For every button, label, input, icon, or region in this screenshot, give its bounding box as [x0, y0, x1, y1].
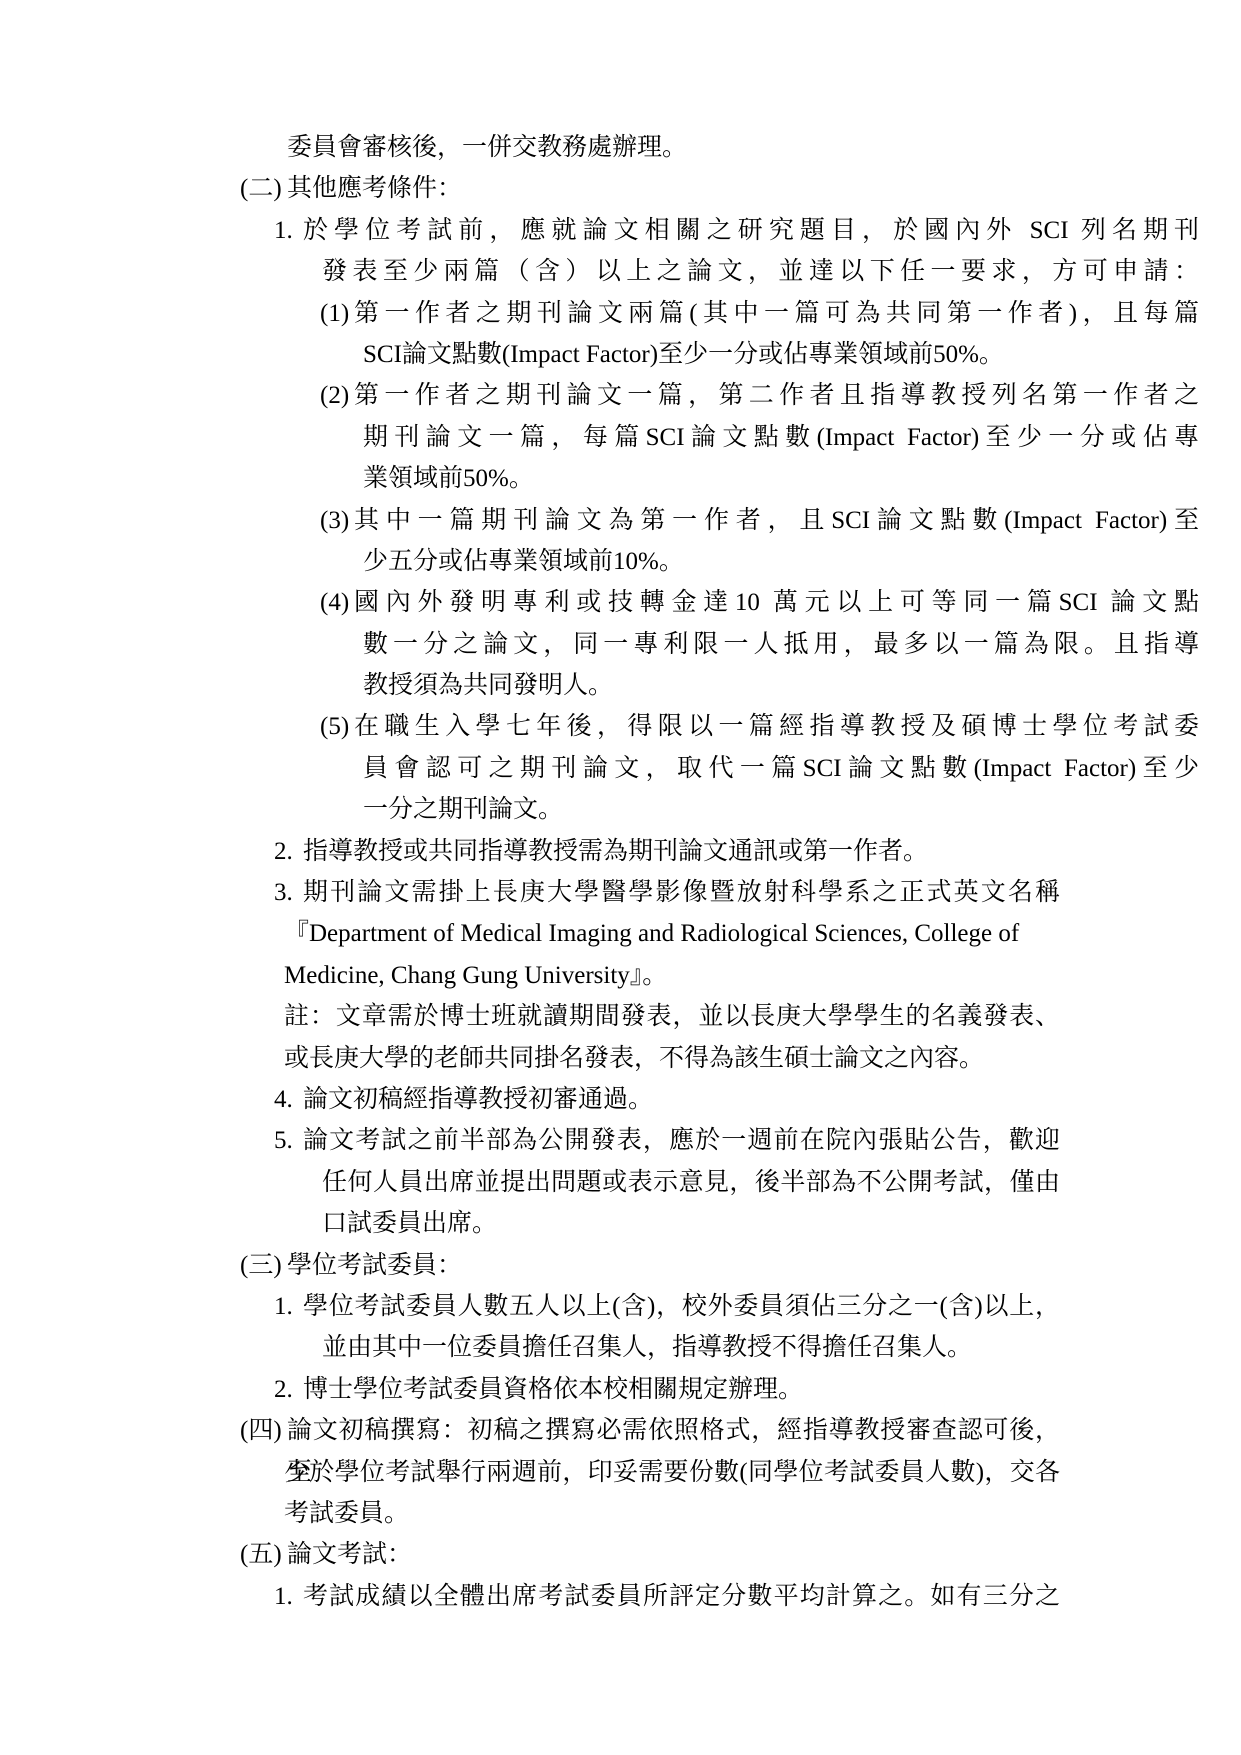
list-marker: (四)	[240, 1410, 282, 1451]
document-page: 委員會審核後，一併交教務處辦理。(二)其他應考條件：1.於學位考試前，應就論文相…	[0, 0, 1241, 1755]
line-text: 註：文章需於博士班就讀期間發表，並以長庚大學學生的名義發表、	[284, 996, 1060, 1037]
doc-line: (1)第一作者之期刊論文兩篇(其中一篇可為共同第一作者)，且每篇	[0, 293, 1241, 334]
line-text: 學位考試委員人數五人以上(含)，校外委員須佔三分之一(含)以上，	[303, 1286, 1060, 1327]
doc-line: 發表至少兩篇（含）以上之論文，並達以下任一要求，方可申請：	[0, 251, 1241, 292]
doc-line: (三)學位考試委員：	[0, 1245, 1241, 1286]
list-marker: (1)	[320, 293, 349, 334]
doc-line: (2)第一作者之期刊論文一篇，第二作者且指導教授列名第一作者之	[0, 375, 1241, 416]
list-marker: 4.	[274, 1079, 293, 1120]
doc-line: 少五分或佔專業領域前10%。	[0, 541, 1241, 582]
doc-line: 員會認可之期刊論文，取代一篇SCI論文點數(Impact Factor)至少	[0, 748, 1241, 789]
doc-line: (五)論文考試：	[0, 1534, 1241, 1575]
doc-line: SCI論文點數(Impact Factor)至少一分或佔專業領域前50%。	[0, 334, 1241, 375]
line-text: 口試委員出席。	[322, 1203, 1060, 1244]
doc-line: 2.博士學位考試委員資格依本校相關規定辦理。	[0, 1369, 1241, 1410]
list-marker: (5)	[320, 706, 349, 747]
line-text: 論文初稿經指導教授初審通過。	[303, 1079, 1060, 1120]
doc-line: 2.指導教授或共同指導教授需為期刊論文通訊或第一作者。	[0, 831, 1241, 872]
line-text: 期刊論文需掛上長庚大學醫學影像暨放射科學系之正式英文名稱	[303, 872, 1060, 913]
line-text: 考試委員。	[284, 1493, 1060, 1534]
line-text: 在職生入學七年後，得限以一篇經指導教授及碩博士學位考試委	[354, 706, 1199, 747]
list-marker: 3.	[274, 872, 293, 913]
line-text: 一分之期刊論文。	[363, 789, 1199, 830]
list-marker: (2)	[320, 375, 349, 416]
doc-line: 註：文章需於博士班就讀期間發表，並以長庚大學學生的名義發表、	[0, 996, 1241, 1037]
doc-line: 或長庚大學的老師共同掛名發表，不得為該生碩士論文之內容。	[0, 1038, 1241, 1079]
line-text: 業領域前50%。	[363, 458, 1199, 499]
doc-line: 任何人員出席並提出問題或表示意見，後半部為不公開考試，僅由	[0, 1162, 1241, 1203]
line-text: 於學位考試前，應就論文相關之研究題目，於國內外 SCI 列名期刊	[303, 210, 1199, 251]
list-marker: (三)	[240, 1245, 282, 1286]
line-text: 教授須為共同發明人。	[363, 665, 1199, 706]
line-text: 其他應考條件：	[287, 168, 1060, 209]
doc-line: 委員會審核後，一併交教務處辦理。	[0, 127, 1241, 168]
line-text: 『Department of Medical Imaging and Radio…	[284, 913, 1060, 954]
doc-line: Medicine, Chang Gung University』。	[0, 955, 1241, 996]
line-text: Medicine, Chang Gung University』。	[284, 955, 1060, 996]
line-text: 第一作者之期刊論文一篇，第二作者且指導教授列名第一作者之	[354, 375, 1199, 416]
doc-line: (3)其中一篇期刊論文為第一作者，且SCI論文點數(Impact Factor)…	[0, 500, 1241, 541]
list-marker: 2.	[274, 831, 293, 872]
doc-line: 5.論文考試之前半部為公開發表，應於一週前在院內張貼公告，歡迎	[0, 1120, 1241, 1161]
doc-line: 考試委員。	[0, 1493, 1241, 1534]
line-text: 並由其中一位委員擔任召集人，指導教授不得擔任召集人。	[322, 1327, 1060, 1368]
doc-line: 數一分之論文，同一專利限一人抵用，最多以一篇為限。且指導	[0, 624, 1241, 665]
list-marker: 1.	[274, 1286, 293, 1327]
line-text: 博士學位考試委員資格依本校相關規定辦理。	[303, 1369, 1060, 1410]
doc-line: 一分之期刊論文。	[0, 789, 1241, 830]
line-text: 員會認可之期刊論文，取代一篇SCI論文點數(Impact Factor)至少	[363, 748, 1199, 789]
line-text: 論文考試之前半部為公開發表，應於一週前在院內張貼公告，歡迎	[303, 1120, 1060, 1161]
line-text: 國內外發明專利或技轉金達10 萬元以上可等同一篇SCI 論文點	[354, 582, 1199, 623]
line-text: 任何人員出席並提出問題或表示意見，後半部為不公開考試，僅由	[322, 1162, 1060, 1203]
line-text: 學位考試委員：	[287, 1245, 1060, 1286]
doc-line: 『Department of Medical Imaging and Radio…	[0, 913, 1241, 954]
line-text: SCI論文點數(Impact Factor)至少一分或佔專業領域前50%。	[363, 334, 1199, 375]
doc-line: 業領域前50%。	[0, 458, 1241, 499]
line-text: 指導教授或共同指導教授需為期刊論文通訊或第一作者。	[303, 831, 1060, 872]
doc-line: (二)其他應考條件：	[0, 168, 1241, 209]
list-marker: 1.	[274, 210, 293, 251]
doc-line: 口試委員出席。	[0, 1203, 1241, 1244]
line-text: 考試成績以全體出席考試委員所評定分數平均計算之。如有三分之	[303, 1576, 1060, 1617]
doc-line: 教授須為共同發明人。	[0, 665, 1241, 706]
line-text: 少五分或佔專業領域前10%。	[363, 541, 1199, 582]
doc-line: 1.學位考試委員人數五人以上(含)，校外委員須佔三分之一(含)以上，	[0, 1286, 1241, 1327]
line-text: 或長庚大學的老師共同掛名發表，不得為該生碩士論文之內容。	[284, 1038, 1060, 1079]
doc-line: (5)在職生入學七年後，得限以一篇經指導教授及碩博士學位考試委	[0, 706, 1241, 747]
list-marker: 5.	[274, 1120, 293, 1161]
doc-line: (四)論文初稿撰寫：初稿之撰寫必需依照格式，經指導教授審查認可後，至	[0, 1410, 1241, 1451]
doc-line: 1.考試成績以全體出席考試委員所評定分數平均計算之。如有三分之	[0, 1576, 1241, 1617]
line-text: 數一分之論文，同一專利限一人抵用，最多以一篇為限。且指導	[363, 624, 1199, 665]
line-text: 少於學位考試舉行兩週前，印妥需要份數(同學位考試委員人數)，交各	[284, 1452, 1060, 1493]
line-text: 第一作者之期刊論文兩篇(其中一篇可為共同第一作者)，且每篇	[354, 293, 1199, 334]
doc-line: (4)國內外發明專利或技轉金達10 萬元以上可等同一篇SCI 論文點	[0, 582, 1241, 623]
line-text: 委員會審核後，一併交教務處辦理。	[287, 127, 1060, 168]
list-marker: 2.	[274, 1369, 293, 1410]
doc-line: 期刊論文一篇，每篇SCI論文點數(Impact Factor)至少一分或佔專	[0, 417, 1241, 458]
line-text: 發表至少兩篇（含）以上之論文，並達以下任一要求，方可申請：	[322, 251, 1199, 292]
list-marker: (二)	[240, 168, 282, 209]
doc-line: 少於學位考試舉行兩週前，印妥需要份數(同學位考試委員人數)，交各	[0, 1452, 1241, 1493]
doc-line: 1.於學位考試前，應就論文相關之研究題目，於國內外 SCI 列名期刊	[0, 210, 1241, 251]
list-marker: (4)	[320, 582, 349, 623]
list-marker: 1.	[274, 1576, 293, 1617]
list-marker: (五)	[240, 1534, 282, 1575]
line-text: 論文考試：	[287, 1534, 1060, 1575]
doc-line: 並由其中一位委員擔任召集人，指導教授不得擔任召集人。	[0, 1327, 1241, 1368]
document-body: 委員會審核後，一併交教務處辦理。(二)其他應考條件：1.於學位考試前，應就論文相…	[0, 127, 1241, 1617]
doc-line: 4.論文初稿經指導教授初審通過。	[0, 1079, 1241, 1120]
doc-line: 3.期刊論文需掛上長庚大學醫學影像暨放射科學系之正式英文名稱	[0, 872, 1241, 913]
line-text: 其中一篇期刊論文為第一作者，且SCI論文點數(Impact Factor)至	[354, 500, 1199, 541]
line-text: 期刊論文一篇，每篇SCI論文點數(Impact Factor)至少一分或佔專	[363, 417, 1199, 458]
list-marker: (3)	[320, 500, 349, 541]
